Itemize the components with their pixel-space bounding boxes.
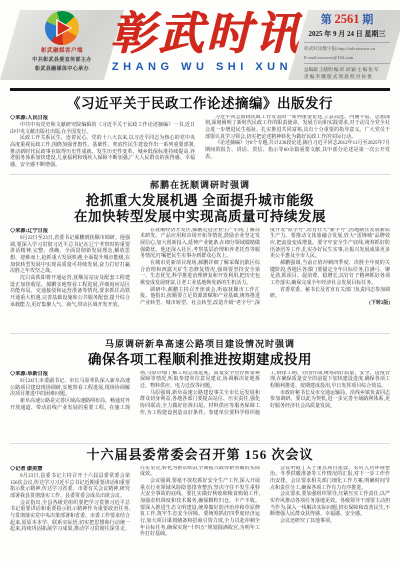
body-paragraph: 会议还研究了其他事项。 [270,519,390,526]
article-3-paragraphs: 9月24日,市委副书记、市长马原率队深入新阜高速公路项目建设现场调研,实地察看工… [10,371,390,418]
article-haopeng-fushun: 郝鹏在抚顺调研时强调 抢抓重大发展机遇 全面提升城市能级 在加快转型发展中实现高… [10,174,390,330]
staff-line-1: 总编辑 王晓明 编 审 刘 颖 主 编 张 军 [304,67,390,73]
newspaper-title-block: 彰武时讯 ZHANG WU SHI XUN [110,10,294,73]
article-3-headline: 确保各项工程顺利推进按期建成投用 [10,352,390,368]
article-1-headline: 《习近平关于民政工作论述摘编》出版发行 [10,96,390,112]
body-paragraph: 会议要求,要加强组织领导,压紧压实工作责任,以严实作风推动各项任务落地见效。各级… [270,492,390,519]
body-paragraph: 中共中央党史和文献研究院编辑的《习近平关于民政工作论述摘编》一书,近日由中央文献… [10,123,195,136]
organizer-line-2: 彰武县融媒体中心承办 [16,65,108,72]
body-paragraph: 会议强调,要毫不放松抓好安全生产工作,深入开展重点行业领域风险隐患排查整治,坚决… [140,479,260,539]
article-2-source: ◇来源:辽宁日报 [10,228,130,235]
body-paragraph: 会议听取了关于重点项目建设、农村人居环境整治、冬季供暖准备等工作情况的汇报,对下… [270,466,390,493]
body-paragraph: 9月24日,市委副书记、市长马原率队深入新阜高速公路项目建设现场调研,实地察看工… [10,379,130,399]
staff-line-2: 责 编 李 娜 版 式 周 晨 校 对 孙 悦 [304,74,390,80]
article-1-paragraphs: 中共中央党史和文献研究院编辑的《习近平关于民政工作论述摘编》一书,近日由中央文献… [10,115,390,170]
publication-date: 2025 年 9 月 24 日 星期三 [304,29,390,43]
body-paragraph: 民政工作关系民生、连着民心。党的十八大以来,以习近平同志为核心的党中央高度重视民… [10,136,195,169]
body-paragraph: 习近平同志围绕民政工作发表的一系列重要论述,立意高远、内涵丰富、思想深刻,深刻阐… [205,115,390,142]
article-2-headline-line2: 在加快转型发展中实现高质量可持续发展 [10,209,390,225]
issue-number-line: 第 2561 期 [304,8,390,27]
body-paragraph: 9月22日至23日,省委书记郝鹏到抚顺市调研。他强调,要深入学习贯彻习近平总书记… [10,236,130,276]
newspaper-title: 彰武时讯 [110,10,294,58]
article-minzheng-lunshu: 《习近平关于民政工作论述摘编》出版发行 ◇来源:人民日报 中共中央党史和文献研究… [10,96,390,171]
article-2-continuation-marker: (下转2版) [270,301,390,308]
article-2-headline-line1: 抢抓重大发展机遇 全面提升城市能级 [10,193,390,209]
staff-credits: 总编辑 王晓明 编 审 刘 颖 主 编 张 军 责 编 李 娜 版 式 周 晨 … [304,63,390,80]
article-4-paragraphs: 9月23日,县委书记主持召开十六届县委常委会第156次会议,传达学习习近平总书记… [10,466,390,540]
article-3-kicker: 马原调研新阜高速公路项目建设情况时强调 [10,337,390,350]
article-1-body: ◇来源:人民日报 中共中央党史和文献研究院编辑的《习近平关于民政工作论述摘编》一… [10,115,390,171]
article-2-kicker: 郝鹏在抚顺调研时强调 [10,178,390,191]
organizer-line-1: 中共彰武县委宣传部主办 [16,56,108,63]
article-1-source: ◇来源:人民日报 [10,115,195,122]
body-paragraph: 市政府秘书长及市交通运输局、沿线乡镇负责同志参加调研。要以此为契机,进一步完善全… [270,391,390,411]
app-label: 彰武融媒客户端 [16,46,108,54]
issue-info-block: 第 2561 期 2025 年 9 月 24 日 星期三 彰武时讯数字报:htt… [304,8,390,82]
article-4-byline: ◇记者 康美慧 [10,466,130,473]
body-paragraph: 《论述摘编》分8个专题,共计236段论述,摘自习近平同志2012年11月至202… [205,141,390,161]
issue-suffix: 期 [362,14,373,26]
article-3-body: ◇来源:阜新日报 9月24日,市委副书记、市长马原率队深入新阜高速公路项目建设现… [10,371,390,440]
body-paragraph: 沈白高铁即将开通运营,抚顺站站房及配套工程建设正加快收尾。郝鹏实地察看工程进展,… [10,276,130,309]
media-logo-icon [45,11,79,45]
article-3-source: ◇来源:阜新日报 [10,371,130,378]
issue-prefix: 第 [321,14,332,26]
article-2-paragraphs: 9月22日至23日,省委书记郝鹏到抚顺市调研。他强调,要深入学习贯彻习近平总书记… [10,228,390,310]
body-paragraph: 9月23日,县委书记主持召开十六届县委常委会第156次会议,传达学习习近平总书记… [10,474,130,501]
contact-email: E-mail:zwxwzx@163.com [304,55,390,60]
article-4-headline: 十六届县委常委会召开第 156 次会议 [10,447,390,463]
article-changweihui-156: 十六届县委常委会召开第 156 次会议 ◇记者 康美慧 9月23日,县委书记主持… [10,443,390,563]
body-paragraph: 郝鹏强调,当前正值冲刺四季度、决胜全年度的关键阶段,各地区各部门要锚定全年目标任… [270,261,390,288]
masthead: 彰武融媒客户端 中共彰武县委宣传部主办 彰武县融媒体中心承办 彰武时讯 ZHAN… [10,6,390,86]
body-paragraph: 在城市更新项目现场,郝鹏详细了解采煤沉陷区综合治理和西露天矿生态修复情况,强调要… [140,261,260,288]
digital-edition-url: 彰武时讯数字报:http://szb.zwxww.cn [304,46,390,52]
article-mayuan-gaosu: 马原调研新阜高速公路项目建设情况时强调 确保各项工程顺利推进按期建成投用 ◇来源… [10,333,390,440]
publisher-band: 彰武融媒客户端 中共彰武县委宣传部主办 彰武县融媒体中心承办 [16,8,108,82]
article-4-body: ◇记者 康美慧 9月23日,县委书记主持召开十六届县委常委会第156次会议,传达… [10,466,390,563]
newspaper-page: 彰武融媒客户端 中共彰武县委宣传部主办 彰武县融媒体中心承办 彰武时讯 ZHAN… [0,0,400,567]
issue-number: 2561 [335,12,360,26]
newspaper-title-pinyin: ZHANG WU SHI XUN [110,61,294,73]
body-paragraph: 省委常委、秘书长及省直有关部门负责同志参加调研。 [270,288,390,301]
body-paragraph: 在抚顺经济开发区,郝鹏走进企业生产车间,了解技术研发、产品应用和市场开拓等情况,… [140,228,260,261]
masthead-divider-rule [10,88,390,91]
article-2-body: ◇来源:辽宁日报 9月22日至23日,省委书记郝鹏到抚顺市调研。他强调,要深入学… [10,228,390,330]
